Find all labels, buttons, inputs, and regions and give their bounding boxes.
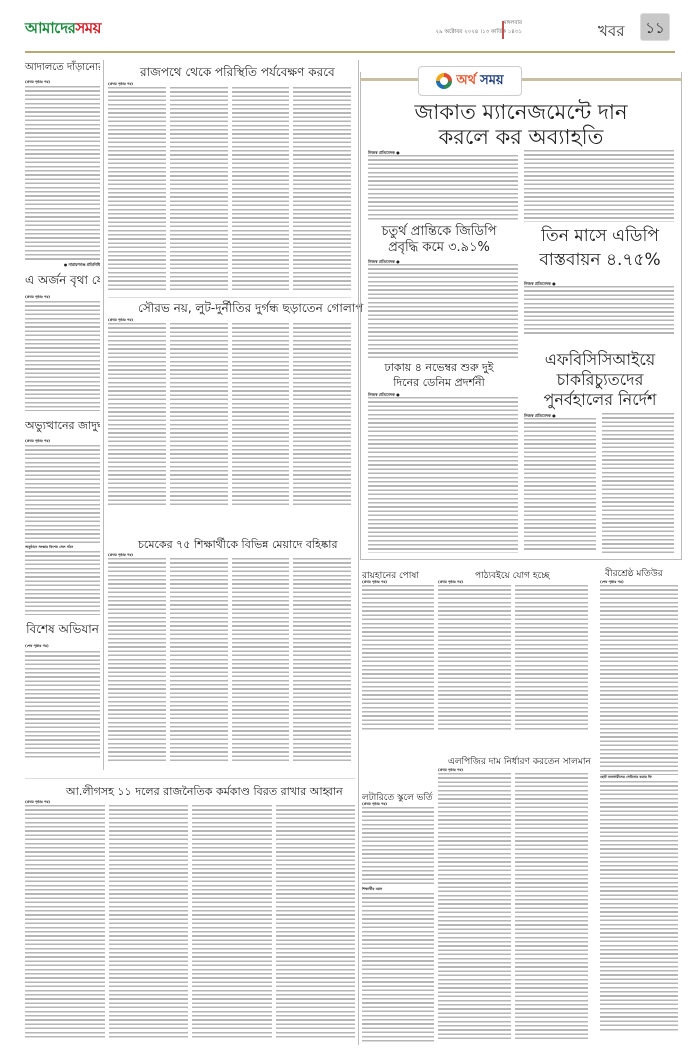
article-lead: (প্রথম পৃষ্ঠার পর)	[25, 439, 50, 443]
day-label: মঙ্গলবার	[380, 19, 522, 28]
article-lead: (প্রথম পৃষ্ঠার পর)	[108, 553, 133, 557]
story-headline[interactable]: রাজপথে থেকে পরিস্থিতি পর্যবেক্ষণ করবে	[140, 64, 335, 84]
article-body: (প্রথম পৃষ্ঠার পর)	[438, 580, 588, 730]
article-lead: (প্রথম পৃষ্ঠার পর)	[108, 318, 133, 322]
article-lead: (প্রথম পৃষ্ঠার পর)	[25, 800, 50, 804]
article-lead: (শেষ পৃষ্ঠার পর)	[25, 644, 49, 648]
article-body: (প্রথম পৃষ্ঠার পর) ● নারায়ণগঞ্জ প্রতিনি…	[25, 80, 100, 268]
story-headline[interactable]: এলপিজির দাম নির্ধারণ করতেন সালমান	[448, 754, 591, 769]
article-lead: (প্রথম পৃষ্ঠার পর)	[362, 802, 387, 806]
article-body: (শেষ পৃষ্ঠার পর)	[25, 644, 100, 758]
article-body: নিজস্ব প্রতিবেদক ●	[368, 150, 518, 222]
page-number: ১১	[640, 13, 670, 41]
masthead-rule	[25, 51, 675, 53]
article-lead: (প্রথম পৃষ্ঠার পর)	[362, 580, 387, 584]
logo-red-part: সময়	[75, 19, 101, 37]
ribbon-right	[522, 78, 682, 81]
story-headline[interactable]: বীরশ্রেষ্ঠ মতিউর	[605, 566, 663, 581]
main-business-headline[interactable]: জাকাত ম্যানেজমেন্টে দান করলে কর অব্যাহতি	[362, 100, 680, 150]
article-body: নিজস্ব প্রতিবেদক ●	[368, 392, 518, 554]
logo-green-part: আমাদের	[25, 19, 75, 37]
story-headline[interactable]: সৌরভ নয়, লুট-দুর্নীতির দুর্গন্ধ ছড়াতেন…	[138, 300, 363, 320]
fbccia-headline[interactable]: এফবিসিসিআইয়ে চাকরিচ্যুতদের পুনর্বহালের …	[524, 350, 676, 410]
article-lead: (প্রথম পৃষ্ঠার পর)	[108, 82, 133, 86]
article-body: (প্রথম পৃষ্ঠার পর)	[25, 800, 355, 1040]
column-divider	[103, 60, 104, 770]
article-body: নিজস্ব প্রতিবেদক ●	[524, 281, 674, 336]
article-byline: ● নারায়ণগঞ্জ প্রতিনিধি	[25, 262, 100, 267]
story-headline[interactable]: এ অর্জন বৃথা যেতে	[25, 272, 100, 292]
article-subhead: ছোট ব্যবসায়ীদের সেমিনার করার ফি	[600, 775, 652, 779]
article-body: (প্রথম পৃষ্ঠার পর)	[108, 553, 351, 763]
business-section-badge[interactable]: অর্থ সময়	[418, 66, 522, 96]
story-divider	[108, 297, 351, 298]
story-divider	[25, 778, 355, 779]
newspaper-logo[interactable]: আমাদেরসময়	[25, 17, 101, 42]
article-lead: (শেষ পৃষ্ঠার পর)	[600, 580, 624, 584]
date-divider	[502, 21, 504, 39]
article-body: নিজস্ব প্রতিবেদক ●	[524, 413, 596, 553]
story-headline[interactable]: বিশেষ অভিযান	[25, 621, 100, 641]
gdp-headline[interactable]: চতুর্থ প্রান্তিকে জিডিপি প্রবৃদ্ধি কমে ৩…	[364, 224, 514, 256]
date-label: ২৯ অক্টোবর ২০২৪ ।১৩ কার্তিক ১৪৩১	[380, 28, 522, 37]
column-divider	[358, 60, 359, 1045]
article-body: (প্রথম পৃষ্ঠার পর)	[108, 318, 351, 508]
article-body	[524, 150, 674, 222]
story-headline[interactable]: আদালতে দাঁড়ানোর	[25, 60, 100, 77]
article-lead: (প্রথম পৃষ্ঠার পর)	[438, 768, 463, 772]
taka-globe-icon	[436, 73, 452, 89]
section-label: খবর	[598, 20, 624, 45]
article-body: নিজস্ব প্রতিবেদক ●	[368, 259, 518, 359]
badge-part-2: সময়	[480, 71, 503, 92]
date-block: মঙ্গলবার ২৯ অক্টোবর ২০২৪ ।১৩ কার্তিক ১৪৩…	[380, 19, 522, 37]
article-body: (প্রথম পৃষ্ঠার পর) অনুষ্ঠানে সংস্কার বিশ…	[25, 439, 100, 616]
article-lead: (প্রথম পৃষ্ঠার পর)	[25, 80, 50, 84]
article-body: (শেষ পৃষ্ঠার পর) ছোট ব্যবসায়ীদের সেমিনা…	[600, 580, 678, 1040]
article-body: (প্রথম পৃষ্ঠার পর)	[25, 295, 100, 411]
article-body: (প্রথম পৃষ্ঠার পর)	[362, 580, 434, 730]
story-headline[interactable]: অভ্যুত্থানের জাদুঘর	[25, 417, 100, 436]
article-subhead: অনুষ্ঠানে সংস্কার বিশেষ সেল গঠন	[25, 545, 73, 549]
article-lead: (প্রথম পৃষ্ঠার পর)	[438, 580, 463, 584]
article-lead: (প্রথম পৃষ্ঠার পর)	[25, 295, 50, 299]
article-body: (প্রথম পৃষ্ঠার পর) শিক্ষার্থীর বয়স	[362, 802, 434, 1042]
article-body	[602, 413, 674, 553]
article-body: (প্রথম পৃষ্ঠার পর)	[438, 768, 588, 1040]
denim-headline[interactable]: ঢাকায় ৪ নভেম্বর শুরু দুই দিনের ডেনিম প্…	[364, 360, 514, 390]
article-subhead: শিক্ষার্থীর বয়স	[362, 887, 382, 891]
adp-headline[interactable]: তিন মাসে এডিপি বাস্তবায়ন ৪.৭৫%	[524, 224, 676, 272]
badge-part-1: অর্থ	[456, 71, 476, 92]
article-body: (প্রথম পৃষ্ঠার পর)	[108, 82, 351, 292]
